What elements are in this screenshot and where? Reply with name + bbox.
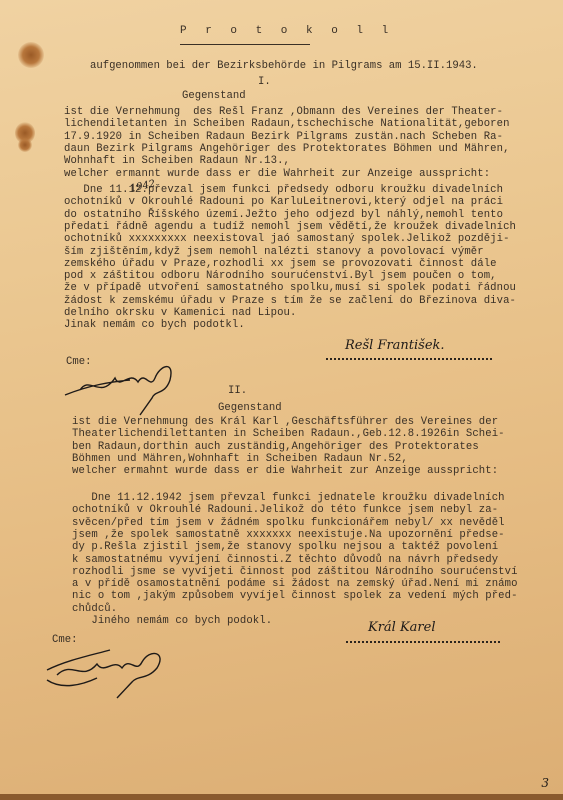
text-line: ben Radaun,dorthin auch zuständig,Angehö… <box>72 441 479 453</box>
text-line: Böhmen und Mähren,Wohnhaft in Scheiben R… <box>72 453 408 465</box>
text-line: daun Bezirk Pilgrams Angehöriger des Pro… <box>64 143 510 155</box>
text-line: předati řádně agendu a tudíž nemohl jsem… <box>64 221 516 233</box>
section2-numeral: II. <box>228 385 247 397</box>
witness-signature-scribble <box>42 620 172 700</box>
witness-signature-scribble <box>60 340 180 420</box>
text-line: delního okrsku v Kamenici nad Lipou. <box>64 307 296 319</box>
text-line: nic o tom ,jakým způsobem vyvíjel činnos… <box>72 590 518 602</box>
document-page: P r o t o k o l l aufgenommen bei der Be… <box>0 0 563 800</box>
document-subtitle: aufgenommen bei der Bezirksbehörde in Pi… <box>90 60 478 72</box>
text-line: dy p.Rešla zjistil jsem,že stanovy spolk… <box>72 541 498 553</box>
signature-line <box>346 641 500 643</box>
punch-hole-stain <box>18 138 32 152</box>
signature-line <box>326 358 492 360</box>
page-number: 3 <box>541 776 549 790</box>
punch-hole-stain <box>18 42 44 68</box>
text-line: a v přídě osamostatnění podáme si žádost… <box>72 578 518 590</box>
paper-edge <box>0 794 563 800</box>
text-line: 17.9.1920 in Scheiben Radaun Bezirk Pilg… <box>64 131 503 143</box>
text-line: lichendiletanten in Scheiben Radaun,tsch… <box>64 118 510 130</box>
text-line: Theaterlichendilettanten in Scheiben Rad… <box>72 428 505 440</box>
text-line: Dne 11.12.1942 jsem převzal funkci jedna… <box>72 492 505 504</box>
text-line: ším zjištěním,když jsem nemohl nalézti s… <box>64 246 484 258</box>
title-underline <box>180 44 310 45</box>
text-line: že v případě utvoření samostatného spolk… <box>64 282 516 294</box>
text-line: ist die Vernehmung des Král Karl ,Geschä… <box>72 416 498 428</box>
section1-signature: Rešl František. <box>345 338 445 353</box>
section1-numeral: I. <box>258 76 271 88</box>
section2-signature: Král Karel <box>368 620 436 635</box>
text-line: welcher ermannt wurde dass er die Wahrhe… <box>64 168 490 180</box>
section1-heading: Gegenstand <box>182 90 246 102</box>
text-line: ist die Vernehmung des Rešl Franz ,Obman… <box>64 106 503 118</box>
text-line: pod x záštitou odboru Národního sourućen… <box>64 270 497 282</box>
section2-heading: Gegenstand <box>218 402 282 414</box>
text-line: Wohnhaft in Scheiben Radaun Nr.13., <box>64 155 290 167</box>
text-line: zemského úřadu v Praze,rozhodli xx jsem … <box>64 258 497 270</box>
text-line: svěcen/před tím jsem v žádném spolku fun… <box>72 517 505 529</box>
text-line: chůdců. <box>72 603 117 615</box>
text-line: welcher ermahnt wurde dass er die Wahrhe… <box>72 465 498 477</box>
text-line: k samostatnému vyvíjení činnosti.Z těcht… <box>72 554 498 566</box>
document-title: P r o t o k o l l <box>180 25 394 37</box>
text-line: do ostatního Říšského území.Ježto jeho o… <box>64 209 503 221</box>
text-line: jsem ,že spolek samostatně xxxxxxx neexi… <box>72 529 505 541</box>
text-line: ochotníků v Okrouhlé Radouni po KarluLei… <box>64 196 503 208</box>
text-line: ochotníků v Okrouhlé Radouni.Jelikož do … <box>72 504 498 516</box>
text-line: rozhodli jsme se vyvíjeti činnost pod zá… <box>72 566 518 578</box>
text-line: žádost k zemskému úřadu v Praze s tím že… <box>64 295 516 307</box>
text-line: Jinak nemám co bych podotkl. <box>64 319 245 331</box>
text-line: ochotníků xxxxxxxxx neexistoval jaó samo… <box>64 233 510 245</box>
text-line: Dne 11.12.převzal jsem funkci předsedy o… <box>64 184 503 196</box>
